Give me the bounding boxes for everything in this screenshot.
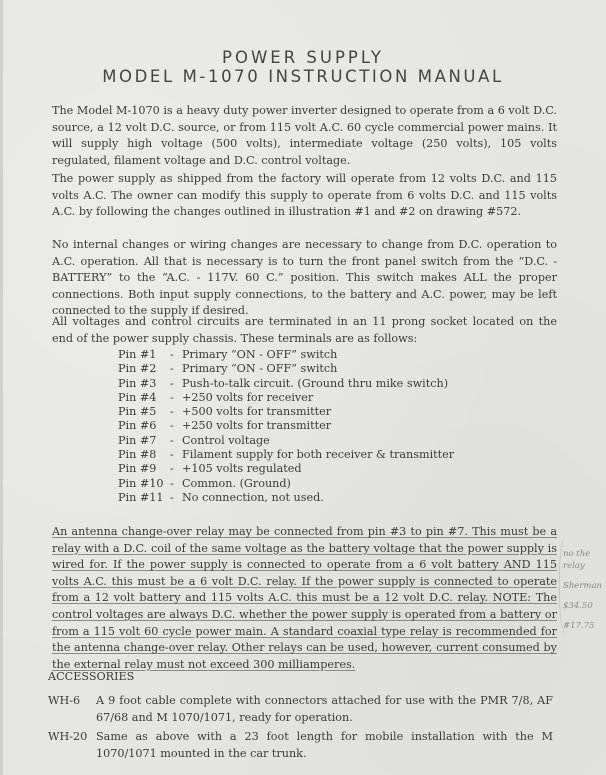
paragraph-terminals: All voltages and control circuits are te…	[52, 314, 557, 347]
pin-row: Pin #3-Push-to-talk circuit. (Ground thr…	[118, 377, 454, 391]
pin-description: +250 volts for transmitter	[182, 419, 331, 433]
pin-description: Control voltage	[182, 434, 270, 448]
pin-description: No connection, not used.	[182, 491, 324, 505]
accessory-item: WH-6 A 9 foot cable complete with connec…	[48, 693, 553, 726]
pin-description: Primary “ON - OFF” switch	[182, 362, 337, 376]
pin-description: Common. (Ground)	[182, 477, 291, 491]
paragraph-relay: An antenna change-over relay may be conn…	[52, 524, 557, 673]
pin-separator: -	[170, 491, 182, 505]
pin-separator: -	[170, 391, 182, 405]
pin-separator: -	[170, 348, 182, 362]
pin-row: Pin #7-Control voltage	[118, 434, 454, 448]
paragraph-factory-config: The power supply as shipped from the fac…	[52, 171, 557, 221]
pin-separator: -	[170, 448, 182, 462]
pin-number: Pin #5	[118, 405, 170, 419]
pin-separator: -	[170, 405, 182, 419]
pin-row: Pin #2-Primary “ON - OFF” switch	[118, 362, 454, 376]
handwritten-note: #17.75	[563, 620, 606, 632]
pin-description: +250 volts for receiver	[182, 391, 313, 405]
pin-row: Pin #1-Primary “ON - OFF” switch	[118, 348, 454, 362]
pin-separator: -	[170, 419, 182, 433]
pin-description: Filament supply for both receiver & tran…	[182, 448, 454, 462]
paragraph-switch-operation: No internal changes or wiring changes ar…	[52, 237, 557, 320]
pin-row: Pin #10-Common. (Ground)	[118, 477, 454, 491]
pin-number: Pin #1	[118, 348, 170, 362]
pin-number: Pin #4	[118, 391, 170, 405]
pin-row: Pin #9-+105 volts regulated	[118, 462, 454, 476]
pin-list: Pin #1-Primary “ON - OFF” switchPin #2-P…	[118, 348, 454, 505]
pin-description: +105 volts regulated	[182, 462, 302, 476]
accessory-code: WH-20	[48, 729, 96, 762]
pin-description: +500 volts for transmitter	[182, 405, 331, 419]
accessory-code: WH-6	[48, 693, 96, 726]
pin-number: Pin #8	[118, 448, 170, 462]
handwritten-note: Sherman	[563, 580, 606, 592]
accessory-description: Same as above with a 23 foot length for …	[96, 729, 553, 762]
pin-number: Pin #6	[118, 419, 170, 433]
pin-number: Pin #2	[118, 362, 170, 376]
pin-separator: -	[170, 434, 182, 448]
pin-row: Pin #6-+250 volts for transmitter	[118, 419, 454, 433]
pin-number: Pin #10	[118, 477, 170, 491]
pin-separator: -	[170, 377, 182, 391]
pin-separator: -	[170, 477, 182, 491]
accessories-heading: ACCESSORIES	[48, 670, 134, 683]
pin-row: Pin #8-Filament supply for both receiver…	[118, 448, 454, 462]
pin-row: Pin #11-No connection, not used.	[118, 491, 454, 505]
pin-number: Pin #3	[118, 377, 170, 391]
accessory-item: WH-20 Same as above with a 23 foot lengt…	[48, 729, 553, 762]
page-edge	[0, 0, 3, 775]
pin-description: Push-to-talk circuit. (Ground thru mike …	[182, 377, 448, 391]
pin-number: Pin #9	[118, 462, 170, 476]
paragraph-intro: The Model M-1070 is a heavy duty power i…	[52, 103, 557, 169]
document-subtitle: MODEL M-1070 INSTRUCTION MANUAL	[0, 67, 606, 86]
handwritten-note: $34.50	[563, 600, 606, 612]
document-page: POWER SUPPLY MODEL M-1070 INSTRUCTION MA…	[0, 0, 606, 775]
pin-description: Primary “ON - OFF” switch	[182, 348, 337, 362]
handwritten-note: no the relay	[563, 548, 606, 572]
pin-separator: -	[170, 362, 182, 376]
handwritten-margin-notes: no the relaySherman$34.50#17.75	[563, 548, 606, 640]
pin-row: Pin #4-+250 volts for receiver	[118, 391, 454, 405]
pin-separator: -	[170, 462, 182, 476]
pin-row: Pin #5-+500 volts for transmitter	[118, 405, 454, 419]
accessory-description: A 9 foot cable complete with connectors …	[96, 693, 553, 726]
pin-number: Pin #11	[118, 491, 170, 505]
document-title: POWER SUPPLY	[0, 48, 606, 67]
pin-number: Pin #7	[118, 434, 170, 448]
